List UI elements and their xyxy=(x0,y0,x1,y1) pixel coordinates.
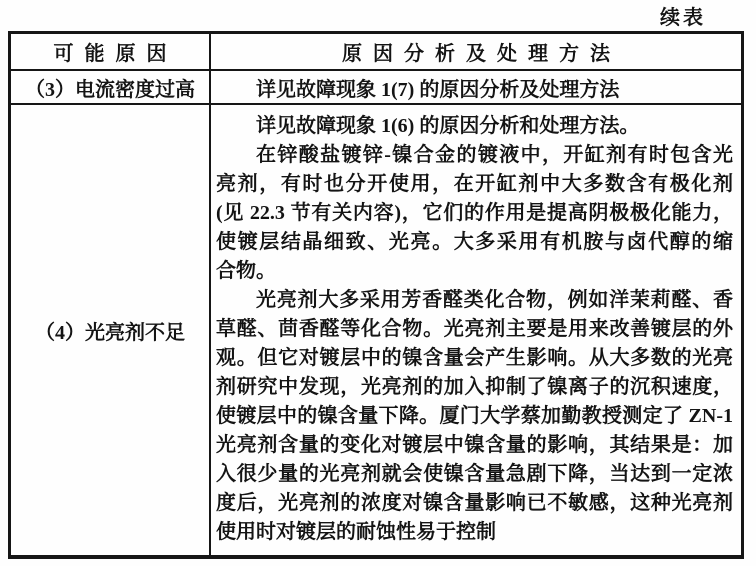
column-header-possible-cause: 可能原因 xyxy=(11,34,211,69)
table-row: （4）光亮剂不足 详见故障现象 1(6) 的原因分析和处理方法。 在锌酸盐镀锌-… xyxy=(11,105,741,555)
analysis-text-line: 详见故障现象 1(6) 的原因分析和处理方法。 xyxy=(216,112,733,141)
analysis-text-line: 使镀层中的镍含量下降。厦门大学蔡加勤教授测定了 ZN-1 xyxy=(216,402,733,431)
analysis-text-line: 剂研究中发现，光亮剂的加入抑制了镍离子的沉积速度， xyxy=(216,373,733,402)
cause-cell-brightener-insufficient: （4）光亮剂不足 xyxy=(11,105,211,555)
analysis-text-line: 使用时对镀层的耐蚀性易于控制 xyxy=(216,518,733,547)
analysis-cell-current-density: 详见故障现象 1(7) 的原因分析及处理方法 xyxy=(211,71,741,103)
analysis-text-line: 入很少量的光亮剂就会使镍含量急剧下降，当达到一定浓 xyxy=(216,460,733,489)
table-row: （3）电流密度过高 详见故障现象 1(7) 的原因分析及处理方法 xyxy=(11,71,741,105)
analysis-text-line: 草醛、茴香醛等化合物。光亮剂主要是用来改善镀层的外 xyxy=(216,315,733,344)
analysis-text-line: 度后，光亮剂的浓度对镍含量影响已不敏感，这种光亮剂 xyxy=(216,489,733,518)
analysis-text-line: 光亮剂大多采用芳香醛类化合物，例如洋茉莉醛、香 xyxy=(216,286,733,315)
analysis-text-line: 亮剂，有时也分开使用，在开缸剂中大多数含有极化剂 xyxy=(216,170,733,199)
analysis-text-line: 光亮剂含量的变化对镀层中镍含量的影响，其结果是：加 xyxy=(216,431,733,460)
continuation-label: 续表 xyxy=(660,1,706,30)
analysis-text-line: 合物。 xyxy=(216,257,733,286)
analysis-cell-brightener-insufficient: 详见故障现象 1(6) 的原因分析和处理方法。 在锌酸盐镀锌-镍合金的镀液中，开… xyxy=(211,105,741,555)
analysis-text-line: 观。但它对镀层中的镍含量会产生影响。从大多数的光亮 xyxy=(216,344,733,373)
column-header-analysis-treatment: 原因分析及处理方法 xyxy=(211,34,741,69)
analysis-text-line: (见 22.3 节有关内容)，它们的作用是提高阴极极化能力， xyxy=(216,199,733,228)
cause-cell-current-density: （3）电流密度过高 xyxy=(11,71,211,103)
scanned-document-page: 续表 可能原因 原因分析及处理方法 （3）电流密度过高 详见故障现象 1(7) … xyxy=(0,0,756,566)
analysis-text-line: 使镀层结晶细致、光亮。大多采用有机胺与卤代醇的缩 xyxy=(216,228,733,257)
troubleshooting-table: 可能原因 原因分析及处理方法 （3）电流密度过高 详见故障现象 1(7) 的原因… xyxy=(8,31,744,559)
analysis-text-line: 在锌酸盐镀锌-镍合金的镀液中，开缸剂有时包含光 xyxy=(216,141,733,170)
table-header-row: 可能原因 原因分析及处理方法 xyxy=(11,34,741,71)
